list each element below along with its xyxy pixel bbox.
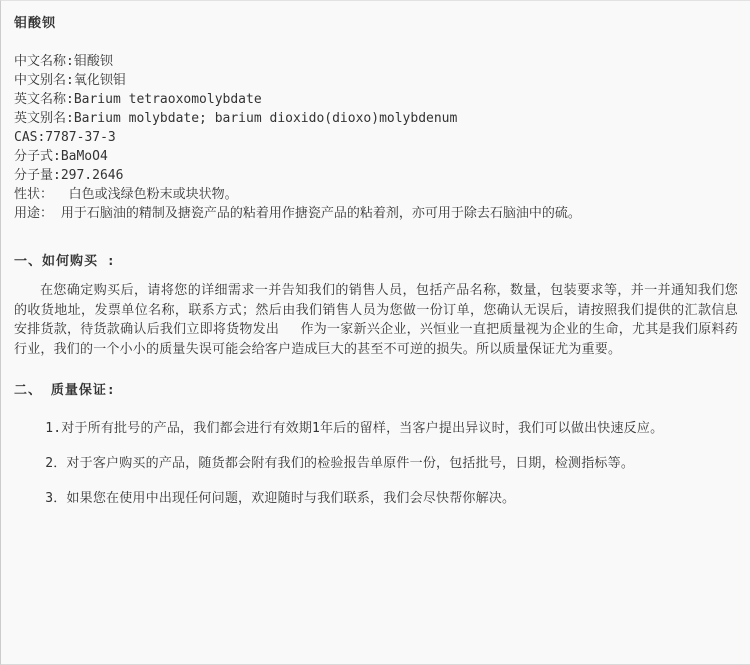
section-heading-how-to-buy: 一、如何购买 :	[14, 252, 738, 271]
product-usage: 用途： 用于石脑油的精制及搪瓷产品的粘着用作搪瓷产品的粘着剂，亦可用于除去石脑油…	[14, 204, 738, 223]
product-molecular-formula: 分子式:BaMoO4	[14, 147, 738, 166]
how-to-buy-paragraph: 在您确定购买后，请将您的详细需求一并告知我们的销售人员，包括产品名称，数量，包装…	[14, 281, 738, 359]
product-molecular-weight: 分子量:297.2646	[14, 166, 738, 185]
product-english-alias: 英文别名:Barium molybdate; barium dioxido(di…	[14, 109, 738, 128]
guarantee-item-2: 2．对于客户购买的产品，随货都会附有我们的检验报告单原件一份，包括批号，日期，检…	[14, 454, 738, 473]
product-appearance: 性状： 白色或浅绿色粉末或块状物。	[14, 185, 738, 204]
product-cas-number: CAS:7787-37-3	[14, 128, 738, 147]
guarantee-item-3: 3．如果您在使用中出现任何问题，欢迎随时与我们联系，我们会尽快帮你解决。	[14, 489, 738, 508]
section-heading-quality-guarantee: 二、 质量保证:	[14, 381, 738, 400]
product-info-block: 中文名称:钼酸钡 中文别名:氧化钡钼 英文名称:Barium tetraoxom…	[14, 52, 738, 223]
product-english-name: 英文名称:Barium tetraoxomolybdate	[14, 90, 738, 109]
product-chinese-name: 中文名称:钼酸钡	[14, 52, 738, 71]
page-title: 钼酸钡	[14, 14, 738, 33]
product-chinese-alias: 中文别名:氧化钡钼	[14, 71, 738, 90]
guarantee-item-1: 1.对于所有批号的产品，我们都会进行有效期1年后的留样，当客户提出异议时，我们可…	[14, 419, 738, 438]
product-info-page: 钼酸钡 中文名称:钼酸钡 中文别名:氧化钡钼 英文名称:Barium tetra…	[0, 0, 750, 665]
